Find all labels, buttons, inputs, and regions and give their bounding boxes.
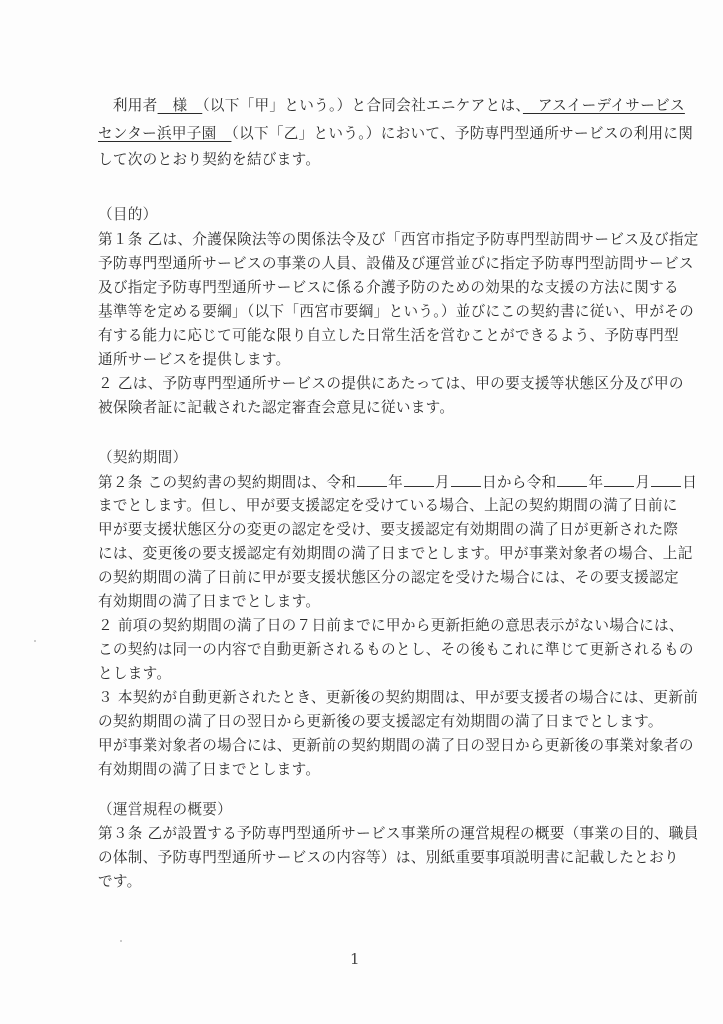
article-2-line: この契約は同一の内容で自動更新されるものとし、その後もこれに準じて更新されるもの (98, 640, 638, 660)
article-2-line: までとします。但し、甲が要支援認定を受けている場合、上記の契約期間の満了日前に (98, 496, 638, 516)
day-label: 日から令和 (482, 474, 556, 491)
article-2-line: ３ 本契約が自動更新されたとき、更新後の契約期間は、甲が要支援者の場合には、更新… (98, 688, 638, 708)
article-1-line: 基準等を定める要綱」（以下「西宮市要綱」という。）並びにこの契約書に従い、甲がそ… (98, 302, 638, 322)
article-2-line: 甲が要支援状態区分の変更の認定を受け、要支援認定有効期間の満了日が更新された際 (98, 520, 638, 540)
year-from-blank (357, 472, 387, 487)
article-2-line: ２ 前項の契約期間の満了日の７日前までに甲から更新拒絶の意思表示がない場合には、 (98, 616, 638, 636)
article-1-line: 第１条 乙は、介護保険法等の関係法令及び「西宮市指定予防専門型訪問サービス及び指… (98, 230, 638, 250)
preamble-text: 利用者 (98, 97, 158, 114)
preamble-line-2: センター浜甲子園 （以下「乙」という。）において、予防専門型通所サービスの利用に… (98, 124, 638, 144)
month-to-blank (604, 472, 634, 487)
article-3-line: です。 (98, 872, 638, 892)
article-2-line: の契約期間の満了日の翌日から更新後の要支援認定有効期間の満了日までとします。 (98, 712, 638, 732)
article-2-text: 第２条 この契約書の契約期間は、令和 (98, 474, 356, 491)
preamble-line-3: して次のとおり契約を結びます。 (98, 150, 638, 170)
article-2-first-line: 第２条 この契約書の契約期間は、令和年月日から令和年月日 (98, 472, 638, 493)
day-label: 日 (682, 474, 697, 491)
article-2-line: の契約期間の満了日前に甲が要支援状態区分の認定を受けた場合には、その要支援認定 (98, 568, 638, 588)
month-label: 月 (635, 474, 650, 491)
article-1-line: 通所サービスを提供します。 (98, 350, 638, 370)
document-page: 利用者 様 （以下「甲」という。）と合同会社エニケアとは、 アスイーデイサービス… (0, 0, 723, 1024)
article-3-heading: （運営規程の概要） (98, 800, 638, 820)
page-number: 1 (350, 950, 360, 968)
article-2-line: 有効期間の満了日までとします。 (98, 592, 638, 612)
facility-name: アスイーデイサービス (523, 97, 685, 114)
month-label: 月 (435, 474, 450, 491)
article-2-line: 有効期間の満了日までとします。 (98, 760, 638, 780)
user-name-field: 様 (158, 97, 203, 114)
preamble-text: （以下「甲」という。）と合同会社エニケアとは、 (202, 97, 523, 114)
scan-speck (120, 940, 122, 942)
article-1-line: 予防専門型通所サービスの事業の人員、設備及び運営並びに指定予防専門型訪問サービス (98, 254, 638, 274)
preamble-text: （以下「乙」という。）において、予防専門型通所サービスの利用に関 (231, 125, 693, 142)
article-1-line: 及び指定予防専門型通所サービスに係る介護予防のための効果的な支援の方法に関する (98, 278, 638, 298)
article-1-line: 被保険者証に記載された認定審査会意見に従います。 (98, 398, 638, 418)
day-to-blank (651, 472, 681, 487)
year-label: 年 (588, 474, 603, 491)
month-from-blank (404, 472, 434, 487)
scan-speck (34, 640, 36, 642)
article-2-line: とします。 (98, 664, 638, 684)
preamble-line-1: 利用者 様 （以下「甲」という。）と合同会社エニケアとは、 アスイーデイサービス (98, 96, 638, 116)
facility-name: センター浜甲子園 (98, 125, 231, 142)
article-2-heading: （契約期間） (98, 448, 638, 468)
article-1-line: ２ 乙は、予防専門型通所サービスの提供にあたっては、甲の要支援等状態区分及び甲の (98, 374, 638, 394)
article-1-line: 有する能力に応じて可能な限り自立した日常生活を営むことができるよう、予防専門型 (98, 326, 638, 346)
article-1-heading: （目的） (98, 205, 638, 225)
day-from-blank (451, 472, 481, 487)
article-2-line: には、変更後の要支援認定有効期間の満了日までとします。甲が事業対象者の場合、上記 (98, 544, 638, 564)
article-3-line: 第３条 乙が設置する予防専門型通所サービス事業所の運営規程の概要（事業の目的、職… (98, 824, 638, 844)
article-2-line: 甲が事業対象者の場合には、更新前の契約期間の満了日の翌日から更新後の事業対象者の (98, 736, 638, 756)
year-to-blank (557, 472, 587, 487)
article-3-line: の体制、予防専門型通所サービスの内容等）は、別紙重要事項説明書に記載したとおり (98, 848, 638, 868)
year-label: 年 (388, 474, 403, 491)
